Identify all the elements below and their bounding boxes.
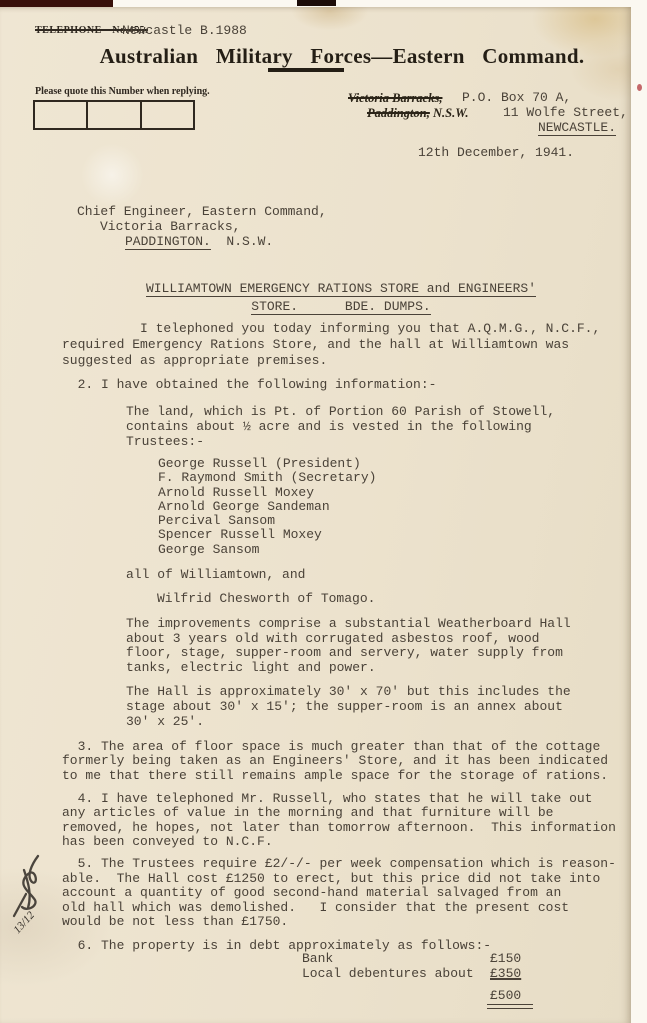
paragraph-improvements: The improvements comprise a substantial …: [126, 617, 571, 675]
recipient-state: N.S.W.: [211, 234, 273, 249]
origin-address-printed-state: N.S.W.: [430, 106, 469, 120]
debt-amount: £350: [490, 966, 521, 981]
reference-number-cell: [88, 102, 141, 128]
paragraph-6-intro: 6. The property is in debt approximately…: [62, 938, 491, 953]
paragraph-1: I telephoned you today informing you tha…: [62, 321, 600, 369]
scan-edge-artifact: [297, 0, 336, 6]
origin-address-printed-line1: Victoria Barracks,: [348, 91, 442, 106]
origin-address-printed-city: Paddington,: [367, 106, 430, 120]
paragraph-3: 3. The area of floor space is much great…: [62, 740, 608, 783]
debt-total: £500: [490, 988, 521, 1003]
debt-amount: £150: [490, 951, 521, 966]
debt-label: Bank: [302, 951, 333, 966]
reference-number-box: [33, 100, 195, 130]
reference-number-cell: [142, 102, 193, 128]
quote-number-note: Please quote this Number when replying.: [35, 86, 210, 97]
recipient-line3: PADDINGTON. N.S.W.: [125, 234, 273, 249]
paragraph-hall-dimensions: The Hall is approximately 30' x 70' but …: [126, 684, 571, 729]
debt-label: Local debentures about: [302, 966, 474, 981]
paragraph-2-intro: 2. I have obtained the following informa…: [62, 377, 436, 392]
telephone-typed-number: Newcastle B.1988: [122, 23, 247, 38]
trustee-list: George Russell (President) F. Raymond Sm…: [158, 457, 376, 557]
scan-edge-mark: [637, 84, 642, 91]
reference-number-cell: [35, 102, 88, 128]
origin-address-typed-line1: P.O. Box 70 A,: [462, 90, 571, 105]
handwritten-initials: 13/12: [2, 850, 60, 950]
subject-heading-line1: WILLIAMTOWN EMERGENCY RATIONS STORE and …: [146, 281, 536, 297]
paragraph-4: 4. I have telephoned Mr. Russell, who st…: [62, 792, 616, 849]
paragraph-wilfrid: Wilfrid Chesworth of Tomago.: [157, 591, 375, 606]
recipient-line1: Chief Engineer, Eastern Command,: [77, 204, 327, 219]
letterhead-title: Australian Military Forces—Eastern Comma…: [62, 44, 622, 69]
paragraph-land: The land, which is Pt. of Portion 60 Par…: [126, 404, 555, 449]
origin-address-typed-city: NEWCASTLE.: [538, 120, 616, 136]
scan-edge-artifact: [0, 0, 113, 7]
subject-heading: WILLIAMTOWN EMERGENCY RATIONS STORE and …: [62, 279, 620, 315]
paragraph-all-of: all of Williamtown, and: [126, 567, 305, 582]
debt-total-rule: [487, 1004, 533, 1009]
paragraph-5: 5. The Trustees require £2/-/- per week …: [62, 857, 616, 930]
origin-address-typed-line2: 11 Wolfe Street,: [503, 105, 628, 120]
letter-date: 12th December, 1941.: [418, 145, 574, 160]
recipient-city: PADDINGTON.: [125, 234, 211, 250]
recipient-line2: Victoria Barracks,: [100, 219, 240, 234]
origin-address-printed-line2: Paddington, N.S.W.: [367, 106, 469, 121]
letterhead-title-underline: [268, 68, 344, 72]
subject-heading-line2: STORE. BDE. DUMPS.: [251, 299, 430, 315]
letter-scan: TELEPHONE—No.455. Newcastle B.1988 Austr…: [0, 0, 647, 1023]
